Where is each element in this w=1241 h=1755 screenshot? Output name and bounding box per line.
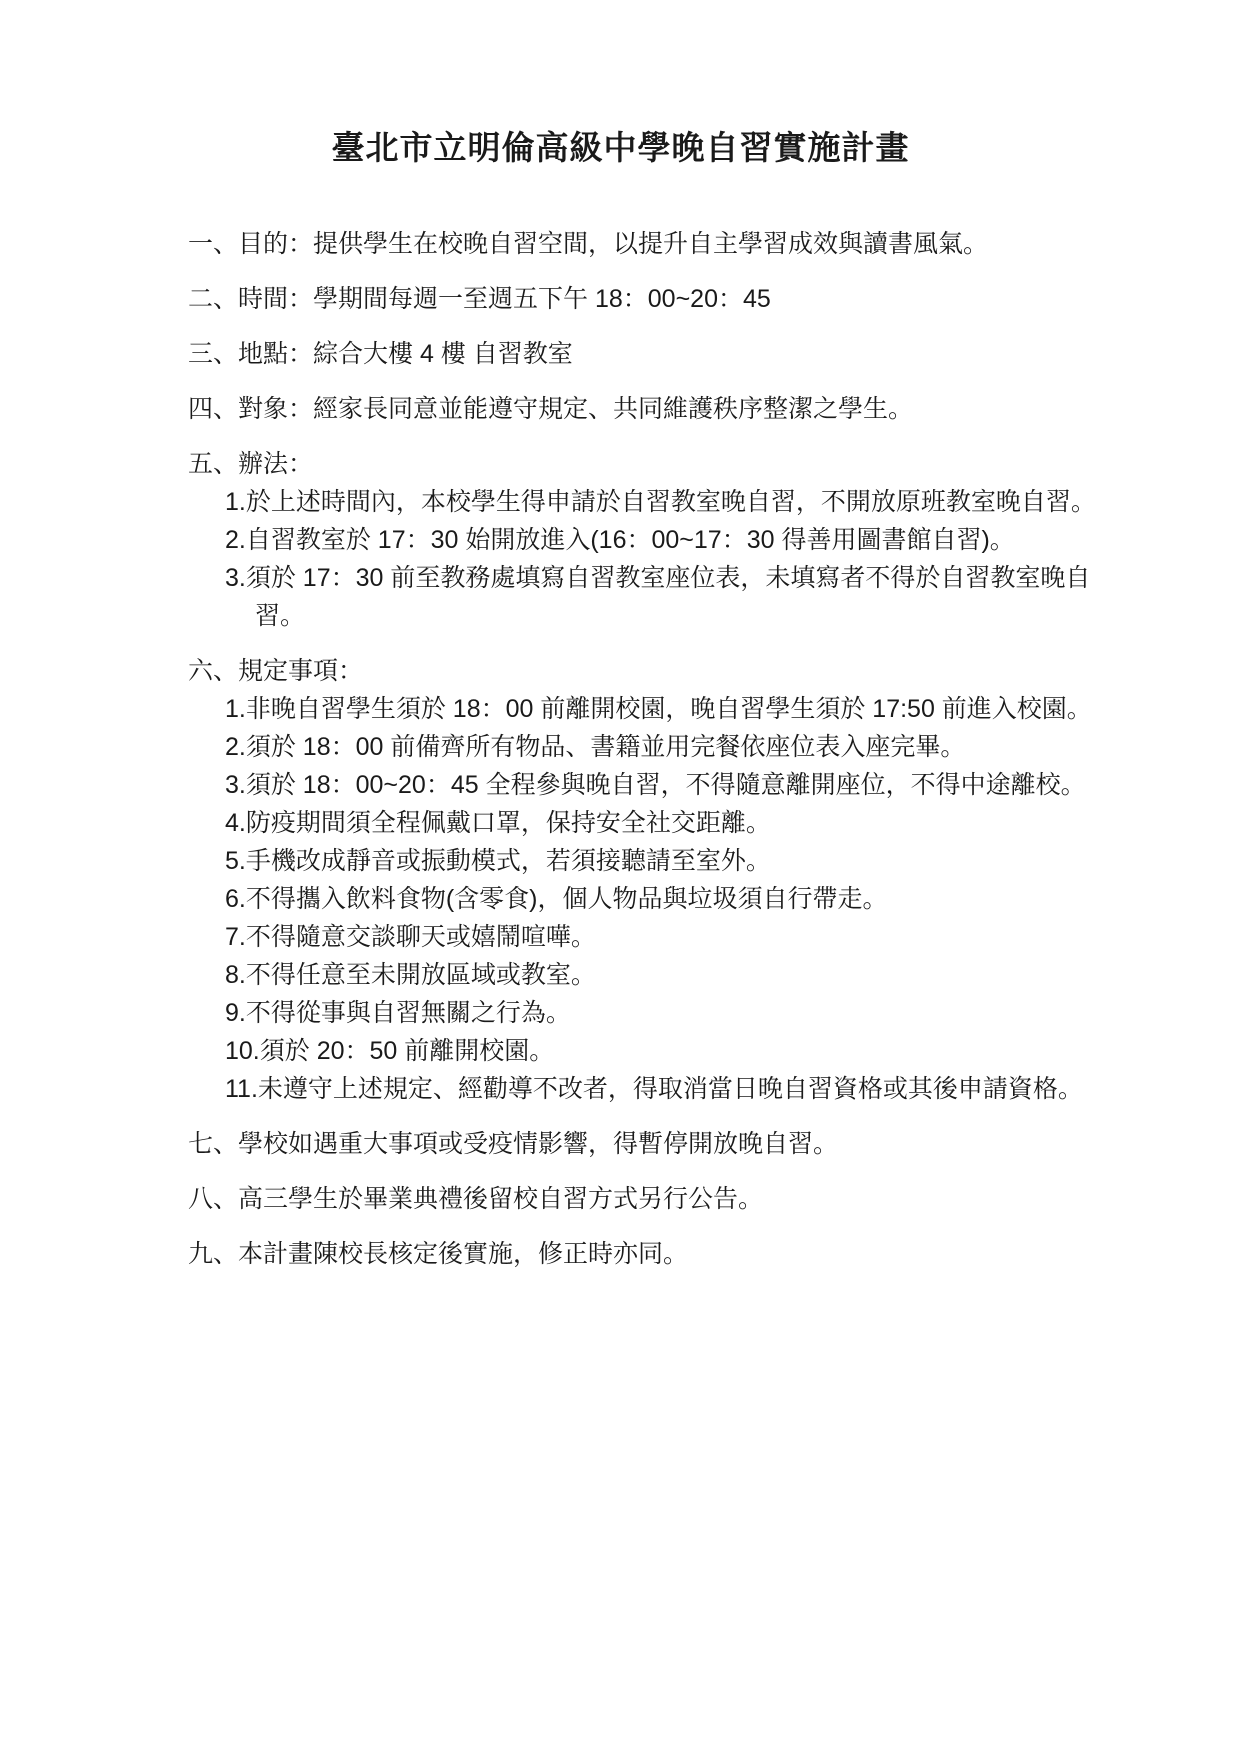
list-item: 7.不得隨意交談聊天或嬉鬧喧嘩。 <box>225 918 1101 956</box>
section: 八、高三學生於畢業典禮後留校自習方式另行公告。 <box>188 1180 1101 1218</box>
section-heading-line: 九、本計畫陳校長核定後實施，修正時亦同。 <box>188 1235 1101 1273</box>
document-page: 臺北市立明倫高級中學晚自習實施計畫 一、目的：提供學生在校晚自習空間，以提升自主… <box>0 0 1241 1755</box>
section-number: 四、 <box>188 395 238 423</box>
section-number: 三、 <box>188 340 238 368</box>
section-number: 一、 <box>188 230 238 258</box>
list-item: 6.不得攜入飲料食物(含零食)，個人物品與垃圾須自行帶走。 <box>225 880 1101 918</box>
document-title: 臺北市立明倫高級中學晚自習實施計畫 <box>188 128 1053 168</box>
section-text: 地點：綜合大樓 4 樓 自習教室 <box>238 340 573 368</box>
section: 五、辦法： 1.於上述時間內，本校學生得申請於自習教室晚自習，不開放原班教室晚自… <box>188 445 1101 635</box>
section-text: 目的：提供學生在校晚自習空間，以提升自主學習成效與讀書風氣。 <box>238 230 988 258</box>
section-number: 七、 <box>188 1130 238 1158</box>
section-heading-line: 三、地點：綜合大樓 4 樓 自習教室 <box>188 335 1101 373</box>
section-item-list: 1.於上述時間內，本校學生得申請於自習教室晚自習，不開放原班教室晚自習。2.自習… <box>225 483 1101 635</box>
section: 七、學校如遇重大事項或受疫情影響，得暫停開放晚自習。 <box>188 1125 1101 1163</box>
list-item: 3.須於 17：30 前至教務處填寫自習教室座位表，未填寫者不得於自習教室晚自習… <box>225 559 1101 635</box>
list-item: 5.手機改成靜音或振動模式，若須接聽請至室外。 <box>225 842 1101 880</box>
section-text: 本計畫陳校長核定後實施，修正時亦同。 <box>238 1240 688 1268</box>
section: 三、地點：綜合大樓 4 樓 自習教室 <box>188 335 1101 373</box>
section-number: 六、 <box>188 657 238 685</box>
document-body: 臺北市立明倫高級中學晚自習實施計畫 一、目的：提供學生在校晚自習空間，以提升自主… <box>0 0 1241 1273</box>
section: 一、目的：提供學生在校晚自習空間，以提升自主學習成效與讀書風氣。 <box>188 225 1101 263</box>
list-item: 2.自習教室於 17：30 始開放進入(16：00~17：30 得善用圖書館自習… <box>225 521 1101 559</box>
section-heading-line: 四、對象：經家長同意並能遵守規定、共同維護秩序整潔之學生。 <box>188 390 1101 428</box>
list-item: 11.未遵守上述規定、經勸導不改者，得取消當日晚自習資格或其後申請資格。 <box>225 1070 1101 1108</box>
section-number: 八、 <box>188 1185 238 1213</box>
section: 九、本計畫陳校長核定後實施，修正時亦同。 <box>188 1235 1101 1273</box>
section-text: 高三學生於畢業典禮後留校自習方式另行公告。 <box>238 1185 763 1213</box>
section: 四、對象：經家長同意並能遵守規定、共同維護秩序整潔之學生。 <box>188 390 1101 428</box>
list-item: 8.不得任意至未開放區域或教室。 <box>225 956 1101 994</box>
list-item: 10.須於 20：50 前離開校園。 <box>225 1032 1101 1070</box>
section-text: 規定事項： <box>238 657 363 685</box>
section-heading-line: 一、目的：提供學生在校晚自習空間，以提升自主學習成效與讀書風氣。 <box>188 225 1101 263</box>
section-heading-line: 八、高三學生於畢業典禮後留校自習方式另行公告。 <box>188 1180 1101 1218</box>
list-item: 4.防疫期間須全程佩戴口罩，保持安全社交距離。 <box>225 804 1101 842</box>
list-item: 3.須於 18：00~20：45 全程參與晚自習，不得隨意離開座位，不得中途離校… <box>225 766 1101 804</box>
list-item: 1.非晚自習學生須於 18：00 前離開校園，晚自習學生須於 17:50 前進入… <box>225 690 1101 728</box>
section-heading-line: 五、辦法： <box>188 445 1101 483</box>
section-number: 九、 <box>188 1240 238 1268</box>
section-heading-line: 六、規定事項： <box>188 652 1101 690</box>
section-heading-line: 二、時間：學期間每週一至週五下午 18：00~20：45 <box>188 280 1101 318</box>
section-number: 五、 <box>188 450 238 478</box>
section-text: 學校如遇重大事項或受疫情影響，得暫停開放晚自習。 <box>238 1130 838 1158</box>
section: 二、時間：學期間每週一至週五下午 18：00~20：45 <box>188 280 1101 318</box>
section-text: 對象：經家長同意並能遵守規定、共同維護秩序整潔之學生。 <box>238 395 913 423</box>
section-number: 二、 <box>188 285 238 313</box>
section-text: 時間：學期間每週一至週五下午 18：00~20：45 <box>238 285 771 313</box>
list-item: 1.於上述時間內，本校學生得申請於自習教室晚自習，不開放原班教室晚自習。 <box>225 483 1101 521</box>
sections: 一、目的：提供學生在校晚自習空間，以提升自主學習成效與讀書風氣。 二、時間：學期… <box>188 225 1101 1273</box>
section: 六、規定事項： 1.非晚自習學生須於 18：00 前離開校園，晚自習學生須於 1… <box>188 652 1101 1108</box>
section-heading-line: 七、學校如遇重大事項或受疫情影響，得暫停開放晚自習。 <box>188 1125 1101 1163</box>
list-item: 9.不得從事與自習無關之行為。 <box>225 994 1101 1032</box>
section-text: 辦法： <box>238 450 313 478</box>
list-item: 2.須於 18：00 前備齊所有物品、書籍並用完餐依座位表入座完畢。 <box>225 728 1101 766</box>
section-item-list: 1.非晚自習學生須於 18：00 前離開校園，晚自習學生須於 17:50 前進入… <box>225 690 1101 1108</box>
